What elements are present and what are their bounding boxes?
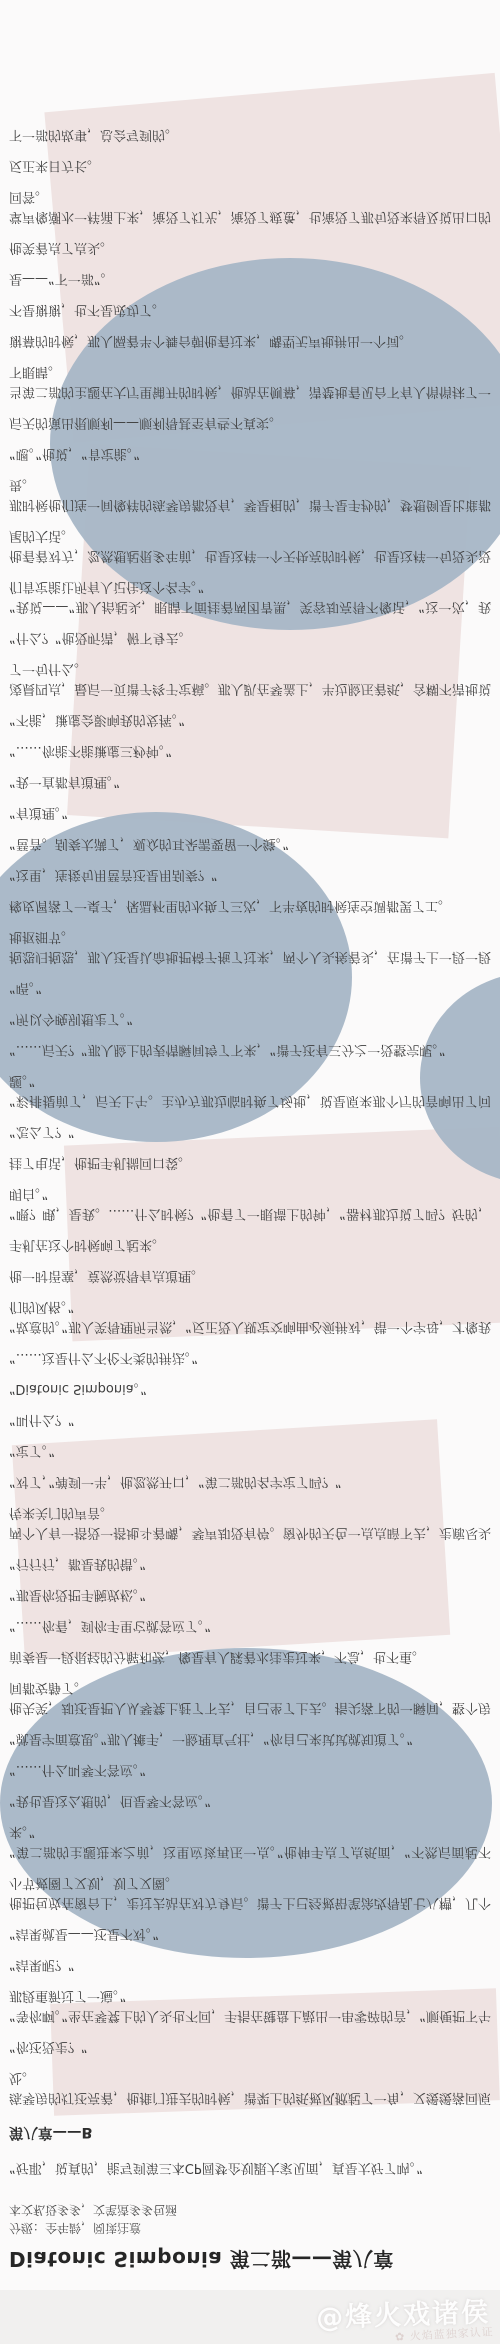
- paragraph: “……什么叫琴不答应。”: [9, 1759, 491, 1779]
- flipped-document-photo: Diatonic Simponia 第二部——第八章 分级：全年龄，阅读注意 本…: [0, 0, 500, 2344]
- paragraph: 手机在这个时候响了起来。: [9, 1234, 491, 1254]
- paragraph: “我一直都有道理。”: [9, 771, 491, 791]
- paragraph: “等你啊。”坐在琴凳上的人头也不回，手指在键盘上敲出一串零碎的音，“顺便把下午那…: [9, 1985, 491, 2025]
- paragraph: “行行行，都是我的错。”: [9, 1553, 491, 1573]
- paragraph: 挂了电话，他把手机揣回口袋。: [9, 1152, 491, 1172]
- paragraph: 他失笑，却还是把人从琴凳上赶了下去，自己坐了上去。指尖落下的一瞬间，整个房间都安…: [9, 1677, 491, 1717]
- paragraph: 不是谢谢，也不是成功了。: [9, 299, 491, 319]
- page-top-strip: [0, 2290, 500, 2344]
- paragraph: 两个人有一搭没一搭地斗着嘴，琴声却没有停。窗外的天色一点点暗下去，走廊尽头传来关…: [9, 1502, 491, 1542]
- author-note: “好耶，说真的，能写到第三本CP圆梦企划跟大家见面，真是太好了呐。”: [9, 2158, 491, 2176]
- paragraph: “你还没走？”: [9, 2036, 491, 2056]
- section-heading: 第八章——B: [9, 2123, 491, 2144]
- paragraph: “唔。”: [9, 977, 491, 997]
- paragraph: 他一时语塞，竟然觉得有点道理。: [9, 1265, 491, 1285]
- paragraph: “定了。”: [9, 1440, 491, 1460]
- chapter-title: Diatonic Simponia 第二部——第八章: [9, 2246, 491, 2272]
- paragraph: “……你看，到你手里它就答应了。”: [9, 1615, 491, 1635]
- paragraph: 他把包放在窗台上，走过去站在对方身后。谱子上已经被铅笔涂改得乱七八糟，几个小节被…: [9, 1872, 491, 1912]
- paragraph: 他看着对方，忽然想起很多年前，也是这样一个天快亮的时候，也是这样一句没头没尾的大…: [9, 525, 491, 565]
- paragraph: 抱怨归抱怨，那人还是认命地把椅子拖了过来，两个人头挨着头，在谱子上一段一段地抠细…: [9, 926, 491, 966]
- paragraph: “喂？哦，是我。……什么时候？”他看了一眼墙上的钟，“器材那边说了吗？好的，明白…: [9, 1183, 491, 1223]
- paragraph: “我也是这么想的，但是琴不答应。”: [9, 1790, 491, 1810]
- paragraph: 谢幕的时候，那人隔着半个舞台朝他看过来，嘴型无声地拼出一个词。: [9, 330, 491, 350]
- paragraph: “结果就是——还是不对。”: [9, 1923, 491, 1943]
- meta-line: 分级：全年龄，阅读注意: [9, 2220, 491, 2236]
- paragraph: 橡皮屑落了一桌子，保温杯里的水换了三次，下半夜的时候连空调都罢了工。: [9, 895, 491, 915]
- paragraph: “……后天？”那人脸上的表情瞬间垮了下来，“谱子还有三分之一没整完呢。”: [9, 1039, 491, 1059]
- story-body: 练琴房的灯还亮着，他推门进去的时候，谱架上的纸被风掀起了一角，又缓缓落回原处。“…: [9, 124, 491, 2107]
- paragraph: “……你能不能谦虚三秒钟。”: [9, 740, 491, 760]
- paragraph: “我说——”那人抬起头，眼睛下面挂着两团青黑，笑容却亮得不像话，“这一次，我们肯…: [9, 576, 491, 616]
- paragraph: “嗯。”他说，“肯定能。”: [9, 443, 491, 463]
- paragraph: “就是字面意思。”那人摊手，一脸理直气壮，“你自己来试试就知道了。”: [9, 1728, 491, 1748]
- document-content-flipped: Diatonic Simponia 第二部——第八章 分级：全年龄，阅读注意 本…: [0, 0, 500, 2344]
- paragraph: “对了，”弹到一半，他忽然开口，“第二部的名字定了吗？”: [9, 1471, 491, 1491]
- paragraph: “Diatonic Simponia。”: [9, 1378, 491, 1398]
- paragraph: 当第二部的主题在大厅里铺开的时候，他站在侧幕，清楚地看见台下有人悄悄抹了一下眼睛…: [9, 361, 491, 401]
- paragraph: “所以今晚别想走了。”: [9, 1008, 491, 1028]
- paragraph: “叫什么？”: [9, 1409, 491, 1429]
- paragraph: “彩排提前了，后天上午。主办方那边临时换了场地，说是原来那个厅的音响出了问题。”: [9, 1070, 491, 1110]
- paragraph: 反正来日方长。: [9, 155, 491, 175]
- paragraph: “有道理。”: [9, 802, 491, 822]
- paragraph: “结果呢？”: [9, 1954, 491, 1974]
- paragraph: “什么？”他没听清，俯下身去。: [9, 627, 491, 647]
- paragraph: 掌声像潮水一样涌上来，淹没了灯光，淹没了疲惫，也淹没了那句没来得及说出口的回答。: [9, 186, 491, 226]
- paragraph: 那时候他们连一间像样的练琴房都没有，琴是租的，谱子是手抄的，梦想倒是比谁都贵。: [9, 474, 491, 514]
- paragraph: “那是你没把手腕放松。”: [9, 1584, 491, 1604]
- paragraph: “……这是什么不伦不类的拼法。”: [9, 1347, 491, 1367]
- paragraph: 练琴房的灯还亮着，他推门进去的时候，谱架上的纸被风掀起了一角，又缓缓落回原处。: [9, 2067, 491, 2107]
- paragraph: “琶音。刮奏太满了，观众的耳朵需要留一个缝。”: [9, 833, 491, 853]
- paragraph: 前奏是一段很轻的分解和弦，像是有人踩着水洼走过来，不急，也不重。: [9, 1646, 491, 1666]
- meta-block: 分级：全年龄，阅读注意 本文私设多多，文笔渣多多包涵: [9, 2202, 491, 2236]
- paragraph: “怎么了？”: [9, 1121, 491, 1141]
- meta-line: 本文私设多多，文笔渣多多包涵: [9, 2202, 491, 2218]
- paragraph: 他笑着点了点头。: [9, 237, 491, 257]
- paragraph: “不能，谦虚会影响我的发挥。”: [9, 709, 491, 729]
- paragraph: “第二部的主题进来之前，这里应该再压一点。”他伸手点了点纸面，“不然后面起不来。…: [9, 1821, 491, 1861]
- paragraph: 凌晨四点，最后一页谱子终于定稿。那人趴在琴盖上，半边脸压着纸，含糊不清地说了一句…: [9, 658, 491, 698]
- paragraph: “这里，连接句用琶音还是用刮奏？”: [9, 864, 491, 884]
- paragraph: 后天的演出很顺利——顺利得甚至有些不真实。: [9, 412, 491, 432]
- paragraph: 下一部的故事，总会写到的。: [9, 124, 491, 144]
- paragraph: “故意的。”那人笑得理所当然，“反正没人规定交响曲必须拼对，错一个字母，才像我们…: [9, 1296, 491, 1336]
- paragraph: 是——“下一部”。: [9, 268, 491, 288]
